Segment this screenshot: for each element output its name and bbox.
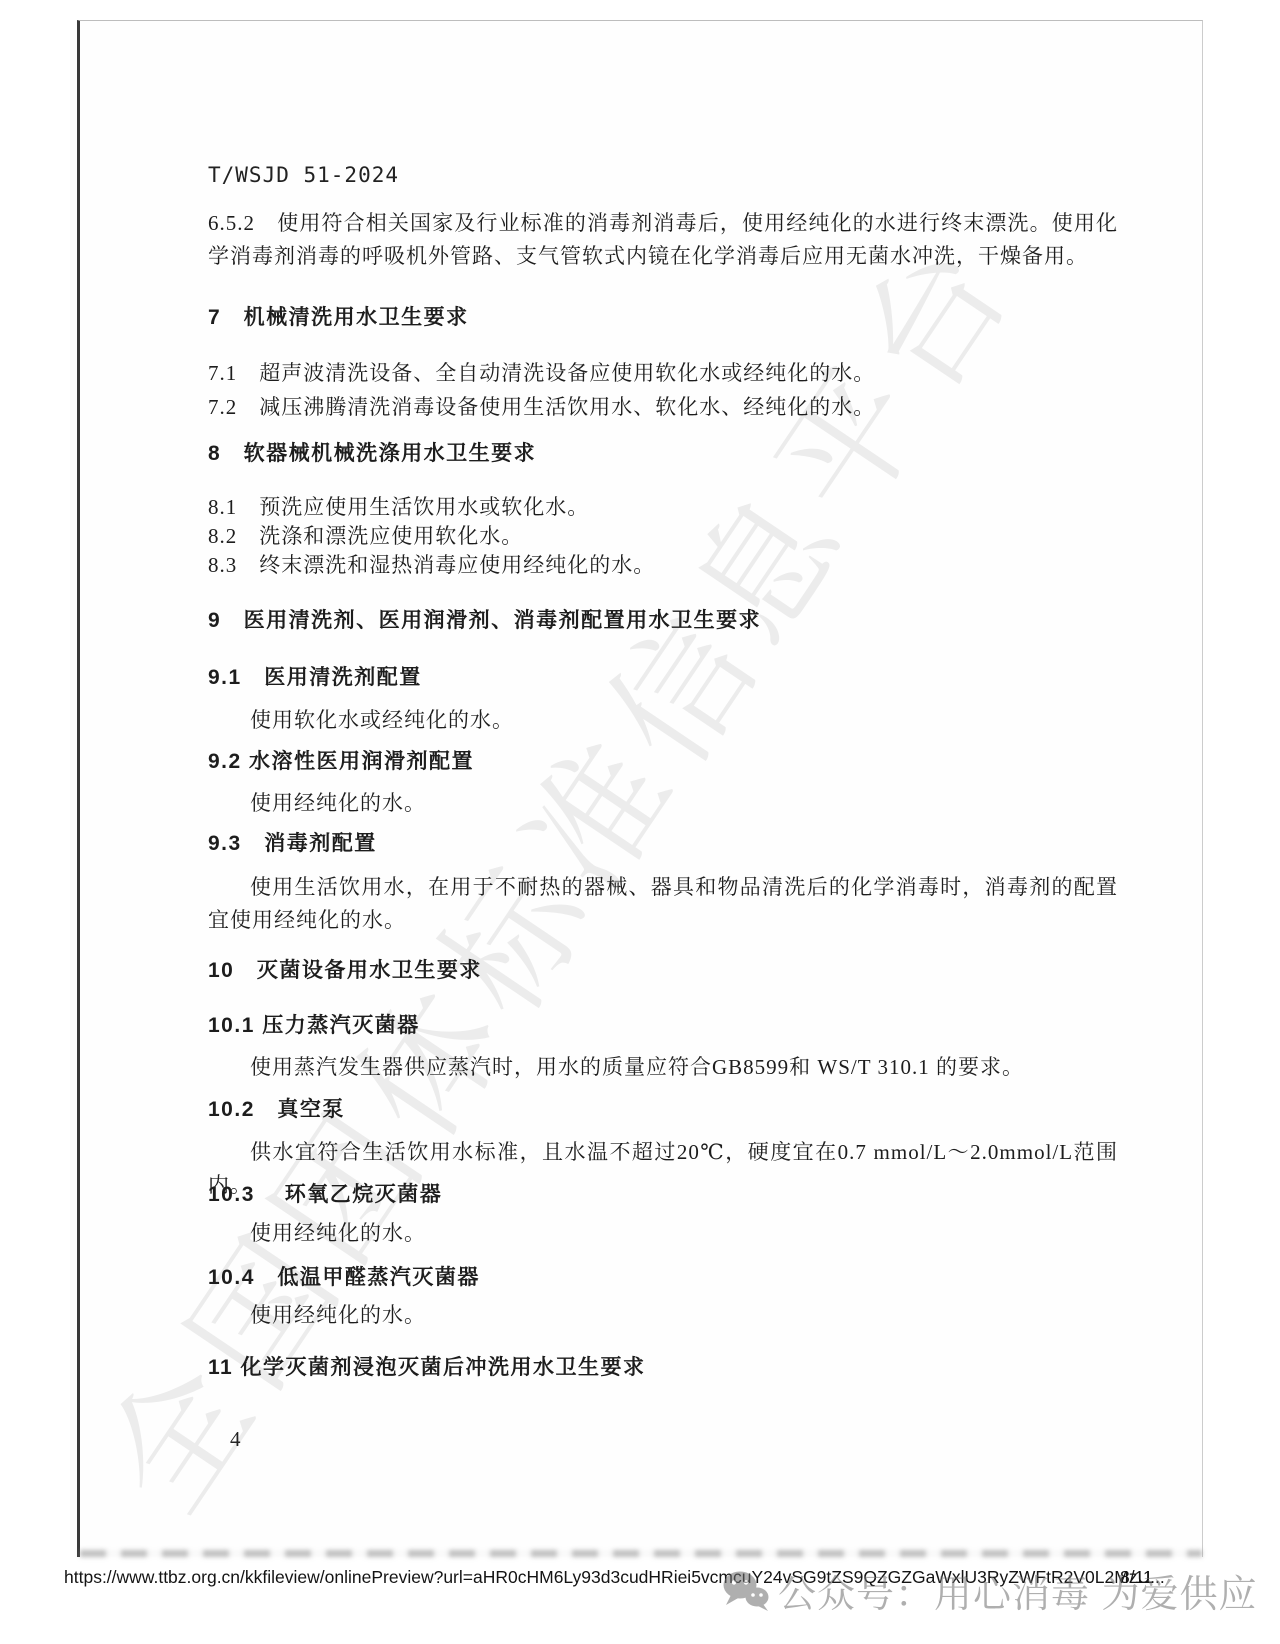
clause-9-3-heading: 9.3 消毒剂配置	[208, 827, 1118, 860]
viewer-footer-url: https://www.ttbz.org.cn/kkfileview/onlin…	[64, 1567, 1165, 1588]
standard-number: T/WSJD 51-2024	[208, 163, 399, 187]
clause-6-5-2: 6.5.2 使用符合相关国家及行业标准的消毒剂消毒后，使用经纯化的水进行终末漂洗…	[208, 207, 1118, 273]
clause-9-3-body: 使用生活饮用水，在用于不耐热的器械、器具和物品清洗后的化学消毒时，消毒剂的配置宜…	[208, 871, 1118, 937]
clause-10-1-heading: 10.1 压力蒸汽灭菌器	[208, 1009, 1118, 1042]
clause-10-3-body: 使用经纯化的水。	[208, 1217, 1118, 1250]
clause-10-3-heading: 10.3 环氧乙烷灭菌器	[208, 1178, 1118, 1211]
section-10-heading: 10 灭菌设备用水卫生要求	[208, 954, 1118, 987]
clause-8-3: 8.3 终末漂洗和湿热消毒应使用经纯化的水。	[208, 549, 1118, 582]
clause-7-2: 7.2 减压沸腾清洗消毒设备使用生活饮用水、软化水、经纯化的水。	[208, 391, 1118, 424]
clause-10-4-heading: 10.4 低温甲醛蒸汽灭菌器	[208, 1261, 1118, 1294]
document-page: 全国团体标准信息平台 T/WSJD 51-2024 6.5.2 使用符合相关国家…	[77, 20, 1203, 1557]
clause-9-2-heading: 9.2 水溶性医用润滑剂配置	[208, 745, 1118, 778]
page-bottom-edge	[80, 1550, 1202, 1557]
section-7-heading: 7 机械清洗用水卫生要求	[208, 301, 1118, 334]
clause-7-1: 7.1 超声波清洗设备、全自动清洗设备应使用软化水或经纯化的水。	[208, 357, 1118, 390]
clause-10-4-body: 使用经纯化的水。	[208, 1299, 1118, 1332]
section-8-heading: 8 软器械机械洗涤用水卫生要求	[208, 437, 1118, 470]
viewer-page-indicator: 8/11	[1120, 1567, 1153, 1588]
section-11-heading: 11 化学灭菌剂浸泡灭菌后冲洗用水卫生要求	[208, 1351, 1118, 1384]
clause-10-1-body: 使用蒸汽发生器供应蒸汽时，用水的质量应符合GB8599和 WS/T 310.1 …	[208, 1051, 1118, 1084]
section-9-heading: 9 医用清洗剂、医用润滑剂、消毒剂配置用水卫生要求	[208, 604, 1118, 637]
clause-9-2-body: 使用经纯化的水。	[208, 787, 1118, 820]
clause-10-2-heading: 10.2 真空泵	[208, 1093, 1118, 1126]
clause-9-1-body: 使用软化水或经纯化的水。	[208, 704, 1118, 737]
clause-9-1-heading: 9.1 医用清洗剂配置	[208, 661, 1118, 694]
page-number: 4	[230, 1427, 241, 1452]
